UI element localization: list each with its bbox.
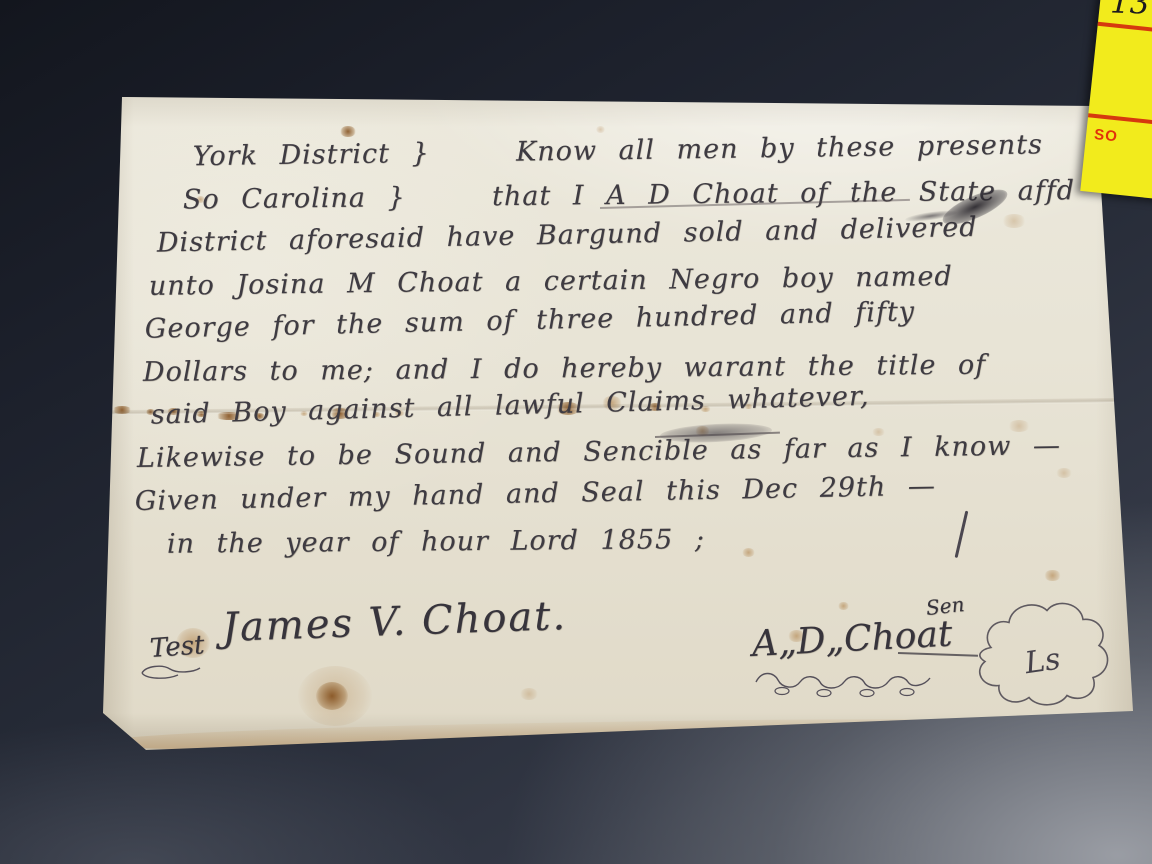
seal-label: Ls [1022,642,1063,682]
stain [340,126,356,137]
document-paper: York District } Know all men by these pr… [0,0,1152,864]
stain [838,602,849,610]
witness-attestation-label: Test [149,630,205,664]
tag-number: 13 [1110,0,1151,22]
inventory-tag: 13 SO [1080,0,1152,200]
maker-signature-suffix: Sen [925,592,966,620]
seal-scribble: Ls [963,594,1113,709]
signature-flourish [752,664,944,700]
tag-stripe [1098,22,1152,35]
tag-text: SO [1093,126,1118,145]
stain [596,126,605,133]
stain [914,720,938,731]
stain [520,688,538,700]
photo-background: York District } Know all men by these pr… [0,0,1152,864]
tag-stripe [1088,113,1152,126]
document-line: in the year of hour Lord 1855 ; [135,521,1095,572]
stain [316,682,348,710]
signature-flourish [136,664,208,682]
